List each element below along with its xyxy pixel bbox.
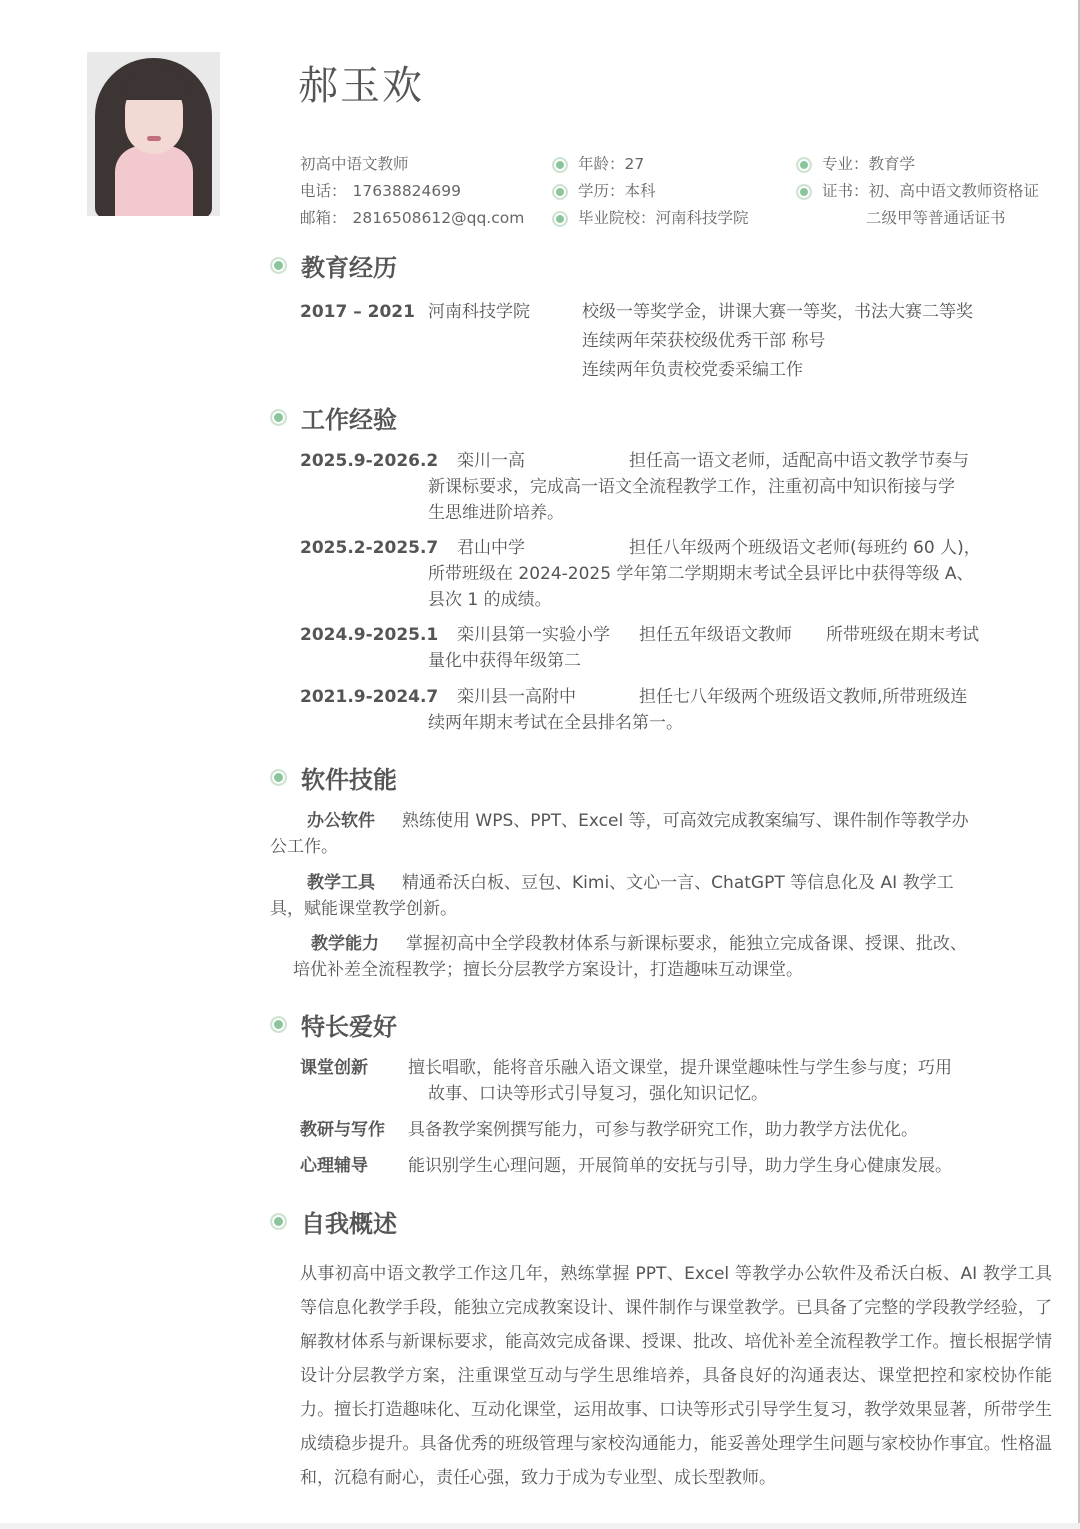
work-entry: 2021.9-2024.7栾川县一高附中担任七八年级两个班级语文教师,所带班级连… bbox=[300, 684, 1000, 736]
skill-item: 教学工具 精通希沃白板、豆包、Kimi、文心一言、ChatGPT 等信息化及 A… bbox=[270, 870, 1000, 922]
info-column-major: 专业：教育学 证书：初、高中语文教师资格证 二级甲等普通话证书 bbox=[796, 151, 1039, 232]
info-age: 年龄：27 bbox=[552, 151, 749, 178]
hobby-item: 课堂创新擅长唱歌，能将音乐融入语文课堂，提升课堂趣味性与学生参与度；巧用 故事、… bbox=[300, 1055, 1000, 1107]
info-phone: 电话：17638824699 bbox=[300, 178, 524, 205]
work-entry: 2024.9-2025.1栾川县第一实验小学担任五年级语文教师 所带班级在期末考… bbox=[300, 622, 1000, 674]
section-title-skills: 软件技能 bbox=[270, 760, 397, 795]
bullet-icon bbox=[270, 1016, 287, 1033]
section-title-work: 工作经验 bbox=[270, 400, 397, 435]
profile-photo bbox=[87, 52, 220, 216]
section-title-summary: 自我概述 bbox=[270, 1204, 397, 1239]
skill-item: 办公软件 熟练使用 WPS、PPT、Excel 等，可高效完成教案编写、课件制作… bbox=[270, 808, 1000, 860]
hobby-item: 教研与写作具备教学案例撰写能力，可参与教学研究工作，助力教学方法优化。 bbox=[300, 1117, 1000, 1143]
work-entry: 2025.9-2026.2栾川一高担任高一语文老师，适配高中语文教学节奏与 新课… bbox=[300, 448, 1000, 526]
bullet-icon bbox=[552, 211, 568, 227]
bullet-icon bbox=[270, 769, 287, 786]
bullet-icon bbox=[270, 1213, 287, 1230]
section-title-education: 教育经历 bbox=[270, 248, 397, 283]
info-major: 专业：教育学 bbox=[796, 151, 1039, 178]
info-degree: 学历：本科 bbox=[552, 178, 749, 205]
section-title-hobbies: 特长爱好 bbox=[270, 1007, 397, 1042]
info-school: 毕业院校：河南科技学院 bbox=[552, 205, 749, 232]
info-certificates: 证书：初、高中语文教师资格证 bbox=[796, 178, 1039, 205]
bullet-icon bbox=[270, 257, 287, 274]
education-honors: 校级一等奖学金，讲课大赛一等奖，书法大赛二等奖 连续两年荣获校级优秀干部 称号 … bbox=[582, 298, 973, 385]
education-period: 2017 – 2021 bbox=[300, 298, 415, 327]
info-email: 邮箱：2816508612@qq.com bbox=[300, 205, 524, 232]
work-entry: 2025.2-2025.7君山中学担任八年级两个班级语文老师(每班约 60 人)… bbox=[300, 535, 1000, 613]
bullet-icon bbox=[552, 157, 568, 173]
info-column-contact: 初高中语文教师 电话：17638824699 邮箱：2816508612@qq.… bbox=[300, 151, 524, 232]
info-title: 初高中语文教师 bbox=[300, 151, 524, 178]
education-school: 河南科技学院 bbox=[428, 298, 530, 327]
self-summary: 从事初高中语文教学工作这几年，熟练掌握 PPT、Excel 等教学办公软件及希沃… bbox=[300, 1257, 1052, 1495]
info-column-basic: 年龄：27 学历：本科 毕业院校：河南科技学院 bbox=[552, 151, 749, 232]
bullet-icon bbox=[796, 184, 812, 200]
bullet-icon bbox=[796, 157, 812, 173]
candidate-name: 郝玉欢 bbox=[298, 60, 424, 112]
hobby-item: 心理辅导能识别学生心理问题，开展简单的安抚与引导，助力学生身心健康发展。 bbox=[300, 1153, 1000, 1179]
page-bottom-edge bbox=[0, 1523, 1080, 1529]
resume-page: 郝玉欢 初高中语文教师 电话：17638824699 邮箱：2816508612… bbox=[0, 0, 1080, 1523]
bullet-icon bbox=[270, 409, 287, 426]
bullet-icon bbox=[552, 184, 568, 200]
info-certificate-2: 二级甲等普通话证书 bbox=[796, 205, 1039, 232]
skill-item: 教学能力 掌握初高中全学段教材体系与新课标要求，能独立完成备课、授课、批改、 培… bbox=[270, 931, 1000, 983]
